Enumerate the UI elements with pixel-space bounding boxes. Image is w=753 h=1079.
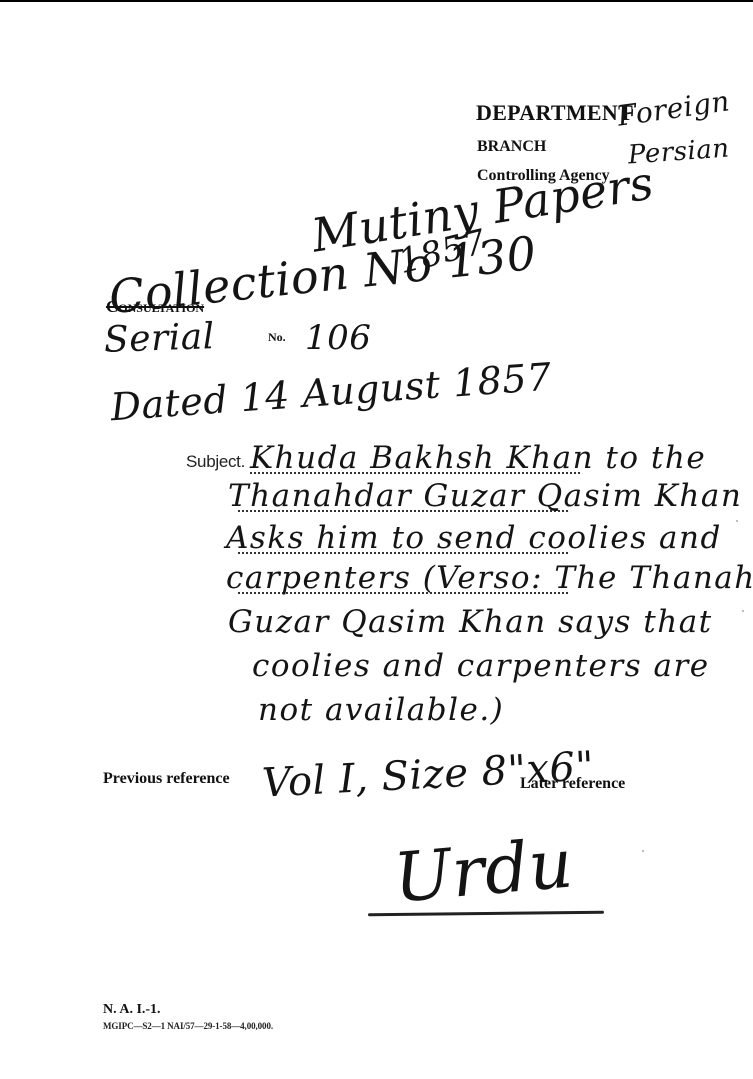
subject-line: not available.) <box>258 680 728 732</box>
document-language: Urdu <box>391 824 576 918</box>
later-reference-label: Later reference <box>520 775 625 793</box>
scan-speck <box>736 520 738 522</box>
department-label: DEPARTMENT <box>476 100 633 126</box>
serial-number: 106 <box>305 318 371 358</box>
scan-speck <box>642 850 644 852</box>
subject-line-text: not available.) <box>258 692 504 728</box>
subject-line-text: carpenters (Verso: The Thanahdar, <box>226 560 753 596</box>
subject-line-text: coolies and carpenters are <box>252 648 710 684</box>
department-value: Foreign <box>615 84 732 132</box>
top-border-line <box>0 0 753 2</box>
consultation-label-struck: Consultation <box>106 297 204 317</box>
number-label: No. <box>268 330 286 345</box>
previous-reference-label: Previous reference <box>103 770 230 788</box>
branch-label: BRANCH <box>477 138 546 156</box>
form-code: N. A. I.-1. <box>103 1002 161 1018</box>
serial-label-handwritten: Serial <box>103 316 215 361</box>
print-code: MGIPC—S2—1 NAI/57—29-1-58—4,00,000. <box>103 1021 273 1031</box>
document-date: Dated 14 August 1857 <box>109 355 553 430</box>
scan-speck <box>742 610 744 612</box>
subject-line-text: Guzar Qasim Khan says that <box>228 604 713 640</box>
